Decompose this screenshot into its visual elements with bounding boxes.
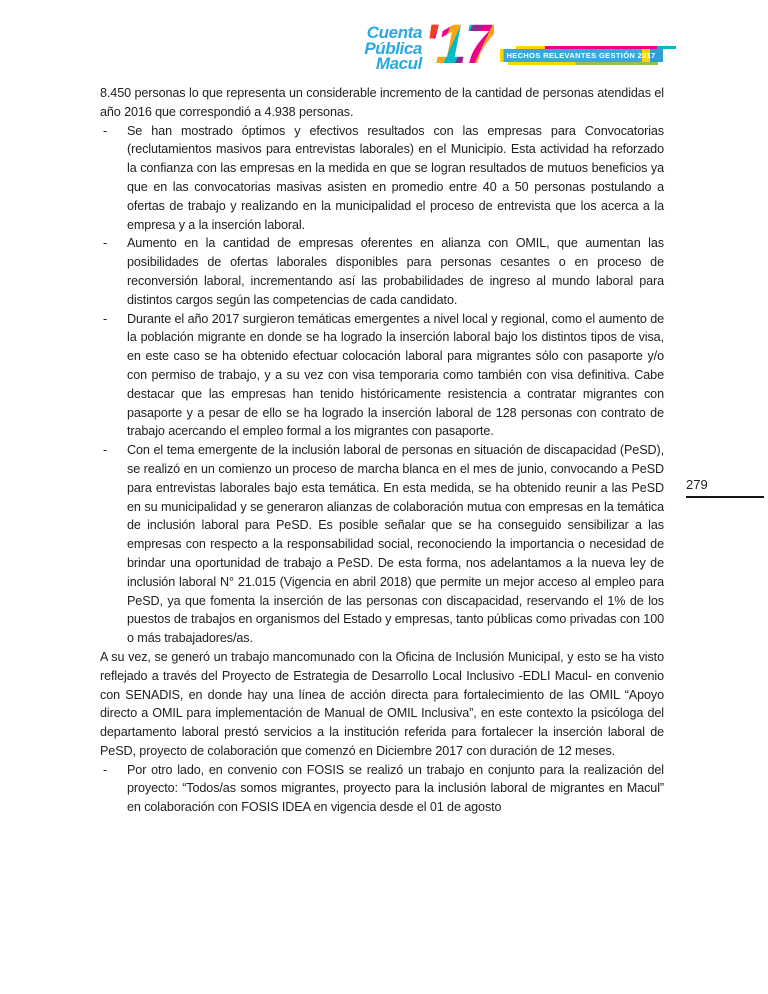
banner-bar: HECHOS RELEVANTES GESTIÓN 2017	[500, 49, 663, 62]
banner-stripe-bottom	[508, 62, 658, 65]
logo: Cuenta Pública Macul '17 HECHOS RELEVANT…	[346, 16, 676, 84]
document-page: Cuenta Pública Macul '17 HECHOS RELEVANT…	[0, 0, 768, 994]
margin-page-number: 279	[686, 477, 766, 498]
list-item: - Por otro lado, en convenio con FOSIS s…	[100, 761, 664, 817]
list-item: - Con el tema emergente de la inclusión …	[100, 441, 664, 648]
paragraph-continuation: 8.450 personas lo que representa un cons…	[100, 84, 664, 122]
list-item: - Durante el año 2017 surgieron temática…	[100, 310, 664, 442]
banner-ribbon: HECHOS RELEVANTES GESTIÓN 2017	[500, 46, 676, 66]
bullet-dash: -	[100, 310, 127, 442]
paragraph-a-su-vez: A su vez, se generó un trabajo mancomuna…	[100, 648, 664, 761]
logo-year-17: '17	[424, 14, 494, 74]
bullet-text: Durante el año 2017 surgieron temáticas …	[127, 310, 664, 442]
bullet-dash: -	[100, 761, 127, 817]
page-content: 8.450 personas lo que representa un cons…	[100, 84, 664, 817]
bullet-text: Aumento en la cantidad de empresas ofere…	[127, 234, 664, 309]
list-item: - Se han mostrado óptimos y efectivos re…	[100, 122, 664, 235]
bullet-dash: -	[100, 441, 127, 648]
logo-wordmark: Cuenta Pública Macul	[346, 25, 422, 72]
page-number-rule	[686, 496, 764, 498]
logo-title-line-3: Macul	[346, 56, 422, 72]
page-number: 279	[686, 477, 708, 492]
banner-text: HECHOS RELEVANTES GESTIÓN 2017	[507, 51, 656, 60]
list-item: - Aumento en la cantidad de empresas ofe…	[100, 234, 664, 309]
bullet-text: Se han mostrado óptimos y efectivos resu…	[127, 122, 664, 235]
bullet-dash: -	[100, 234, 127, 309]
bullet-dash: -	[100, 122, 127, 235]
bullet-text: Con el tema emergente de la inclusión la…	[127, 441, 664, 648]
bullet-text: Por otro lado, en convenio con FOSIS se …	[127, 761, 664, 817]
